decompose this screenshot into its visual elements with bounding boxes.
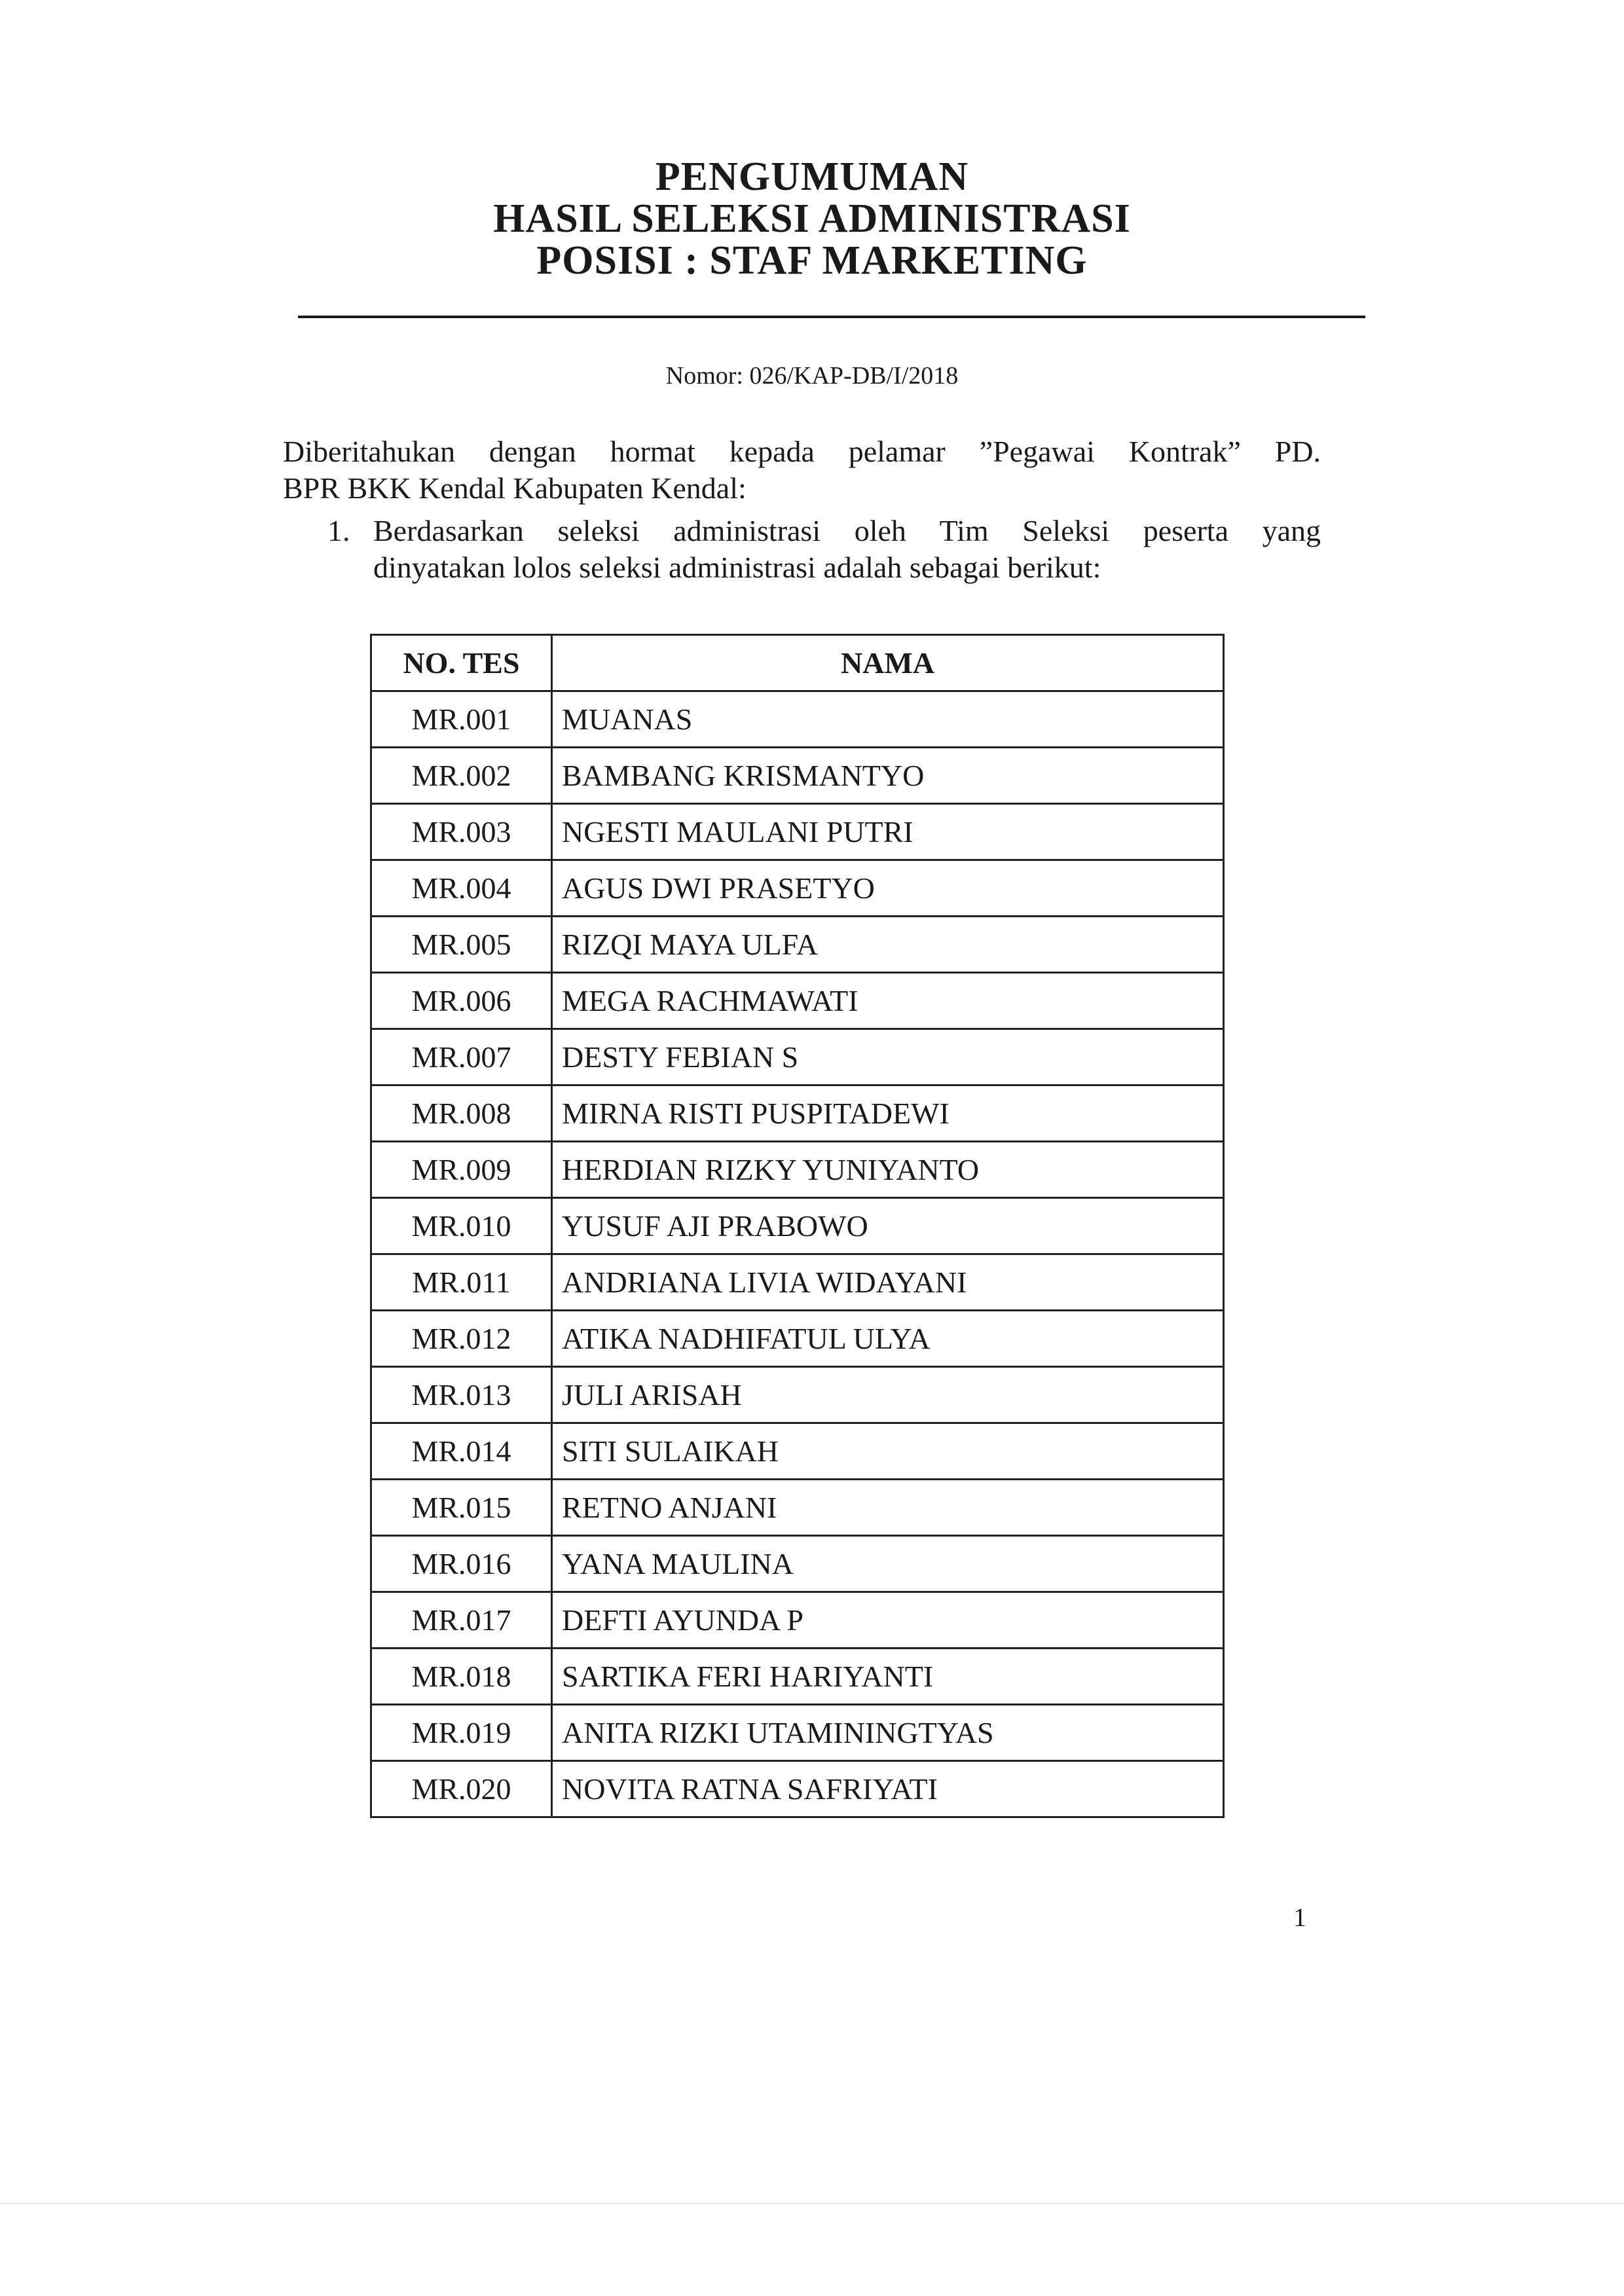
name-cell: BAMBANG KRISMANTYO: [552, 748, 1224, 804]
title-divider: [298, 316, 1365, 318]
name-cell: MEGA RACHMAWATI: [552, 973, 1224, 1029]
test-number-cell: MR.002: [371, 748, 552, 804]
test-number-cell: MR.009: [371, 1142, 552, 1198]
name-cell: ATIKA NADHIFATUL ULYA: [552, 1311, 1224, 1367]
name-cell: MUANAS: [552, 691, 1224, 748]
name-cell: JULI ARISAH: [552, 1367, 1224, 1423]
test-number-cell: MR.006: [371, 973, 552, 1029]
table-row: MR.005RIZQI MAYA ULFA: [371, 917, 1224, 973]
test-number-cell: MR.013: [371, 1367, 552, 1423]
test-number-cell: MR.018: [371, 1649, 552, 1705]
test-number-cell: MR.019: [371, 1705, 552, 1761]
list-text-line: Berdasarkan seleksi administrasi oleh Ti…: [373, 513, 1321, 549]
name-cell: AGUS DWI PRASETYO: [552, 860, 1224, 917]
table-row: MR.002BAMBANG KRISMANTYO: [371, 748, 1224, 804]
table-row: MR.001MUANAS: [371, 691, 1224, 748]
test-number-cell: MR.020: [371, 1761, 552, 1817]
test-number-cell: MR.008: [371, 1085, 552, 1142]
list-number: 1.: [327, 513, 373, 586]
table-row: MR.016YANA MAULINA: [371, 1536, 1224, 1592]
test-number-cell: MR.015: [371, 1480, 552, 1536]
name-cell: RIZQI MAYA ULFA: [552, 917, 1224, 973]
numbered-list-item: 1. Berdasarkan seleksi administrasi oleh…: [327, 513, 1321, 586]
table-row: MR.006MEGA RACHMAWATI: [371, 973, 1224, 1029]
name-cell: NGESTI MAULANI PUTRI: [552, 804, 1224, 860]
table-row: MR.004AGUS DWI PRASETYO: [371, 860, 1224, 917]
test-number-cell: MR.011: [371, 1254, 552, 1311]
name-cell: ANDRIANA LIVIA WIDAYANI: [552, 1254, 1224, 1311]
table-row: MR.010YUSUF AJI PRABOWO: [371, 1198, 1224, 1254]
list-text-line: dinyatakan lolos seleksi administrasi ad…: [373, 549, 1321, 586]
test-number-cell: MR.012: [371, 1311, 552, 1367]
table-row: MR.015RETNO ANJANI: [371, 1480, 1224, 1536]
table-row: MR.019ANITA RIZKI UTAMININGTYAS: [371, 1705, 1224, 1761]
table-row: MR.011ANDRIANA LIVIA WIDAYANI: [371, 1254, 1224, 1311]
intro-paragraph: Diberitahukan dengan hormat kepada pelam…: [283, 433, 1321, 507]
name-cell: YUSUF AJI PRABOWO: [552, 1198, 1224, 1254]
table-row: MR.014SITI SULAIKAH: [371, 1423, 1224, 1480]
document-title: PENGUMUMAN HASIL SELEKSI ADMINISTRASI PO…: [0, 156, 1624, 282]
table-row: MR.008MIRNA RISTI PUSPITADEWI: [371, 1085, 1224, 1142]
name-cell: MIRNA RISTI PUSPITADEWI: [552, 1085, 1224, 1142]
name-cell: HERDIAN RIZKY YUNIYANTO: [552, 1142, 1224, 1198]
table-row: MR.013JULI ARISAH: [371, 1367, 1224, 1423]
name-cell: SITI SULAIKAH: [552, 1423, 1224, 1480]
table-row: MR.007DESTY FEBIAN S: [371, 1029, 1224, 1085]
results-table: NO. TES NAMA MR.001MUANASMR.002BAMBANG K…: [370, 634, 1225, 1818]
title-line-result: HASIL SELEKSI ADMINISTRASI: [0, 198, 1624, 240]
test-number-cell: MR.014: [371, 1423, 552, 1480]
table-row: MR.003NGESTI MAULANI PUTRI: [371, 804, 1224, 860]
test-number-cell: MR.017: [371, 1592, 552, 1649]
table-row: MR.017DEFTI AYUNDA P: [371, 1592, 1224, 1649]
intro-line: Diberitahukan dengan hormat kepada pelam…: [283, 433, 1321, 470]
name-cell: YANA MAULINA: [552, 1536, 1224, 1592]
name-cell: DESTY FEBIAN S: [552, 1029, 1224, 1085]
table-row: MR.009HERDIAN RIZKY YUNIYANTO: [371, 1142, 1224, 1198]
test-number-cell: MR.005: [371, 917, 552, 973]
document-number: Nomor: 026/KAP-DB/I/2018: [0, 361, 1624, 390]
table-row: MR.018SARTIKA FERI HARIYANTI: [371, 1649, 1224, 1705]
table-row: MR.020NOVITA RATNA SAFRIYATI: [371, 1761, 1224, 1817]
name-cell: SARTIKA FERI HARIYANTI: [552, 1649, 1224, 1705]
page-number: 1: [1293, 1902, 1306, 1933]
column-header-name: NAMA: [552, 635, 1224, 691]
scan-edge-line: [0, 2203, 1624, 2204]
test-number-cell: MR.016: [371, 1536, 552, 1592]
name-cell: RETNO ANJANI: [552, 1480, 1224, 1536]
name-cell: NOVITA RATNA SAFRIYATI: [552, 1761, 1224, 1817]
test-number-cell: MR.010: [371, 1198, 552, 1254]
name-cell: DEFTI AYUNDA P: [552, 1592, 1224, 1649]
list-text: Berdasarkan seleksi administrasi oleh Ti…: [373, 513, 1321, 586]
test-number-cell: MR.001: [371, 691, 552, 748]
test-number-cell: MR.004: [371, 860, 552, 917]
intro-line: BPR BKK Kendal Kabupaten Kendal:: [283, 470, 1321, 507]
test-number-cell: MR.003: [371, 804, 552, 860]
title-line-announcement: PENGUMUMAN: [0, 156, 1624, 198]
title-line-position: POSISI : STAF MARKETING: [0, 240, 1624, 282]
column-header-test-number: NO. TES: [371, 635, 552, 691]
table-row: MR.012ATIKA NADHIFATUL ULYA: [371, 1311, 1224, 1367]
table-body: MR.001MUANASMR.002BAMBANG KRISMANTYOMR.0…: [371, 691, 1224, 1817]
name-cell: ANITA RIZKI UTAMININGTYAS: [552, 1705, 1224, 1761]
test-number-cell: MR.007: [371, 1029, 552, 1085]
table-header-row: NO. TES NAMA: [371, 635, 1224, 691]
